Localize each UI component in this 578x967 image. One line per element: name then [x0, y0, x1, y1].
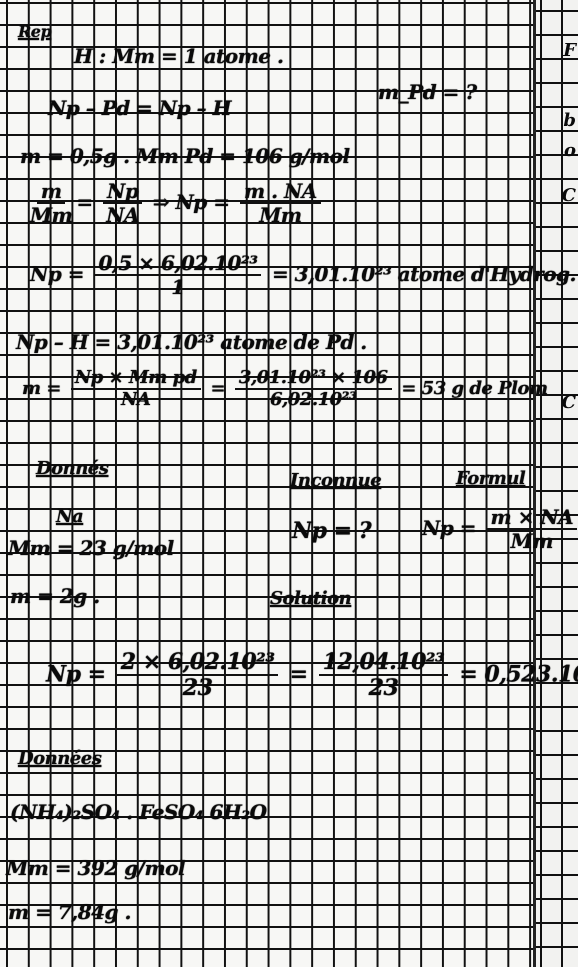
inconnue-header: Inconnue — [290, 470, 381, 491]
given-mass-and-molar-mass: m = 0,5g . Mm Pd = 106 g/mol — [20, 144, 350, 168]
fraction: 2 × 6,02.10²³23 — [117, 650, 279, 701]
formule-header: Formul — [456, 468, 525, 489]
adjacent-page-edge: F b o C C — [533, 0, 578, 967]
element-sodium: Na — [56, 506, 83, 527]
particle-formula: Np = m × NAMm — [422, 506, 578, 553]
edge-mark: C — [562, 392, 576, 413]
sodium-molar-mass: Mm = 23 g/mol — [8, 536, 174, 560]
equal-particles-statement: Np – Pd = Np – H — [48, 96, 231, 120]
fraction: m × NAMm — [486, 506, 577, 553]
compound-mass: m = 7,84g . — [8, 900, 131, 924]
pd-mass-calculation: m = Np × Mm pdNA = 3,01.10²³ × 1066,02.1… — [22, 368, 548, 410]
sodium-mass: m = 2g . — [10, 584, 100, 608]
edge-mark: C — [562, 185, 576, 206]
fraction: 3,01.10²³ × 1066,02.10²³ — [235, 368, 392, 410]
mole-relation-equation: mMm= NpNA ⇒ Np = m . NAMm — [26, 180, 325, 227]
answer-label: Rep — [18, 22, 51, 41]
sodium-particle-calculation: Np = 2 × 6,02.10²³23 = 12,04.10²³23 = 0,… — [46, 650, 578, 701]
hydrogen-statement: H : Mm = 1 atome . — [74, 44, 283, 68]
fraction: 0,5 × 6,02.10²³1 — [94, 252, 261, 299]
fraction-m-over-mm: mMm — [30, 180, 72, 227]
fraction-np-over-na: NpNA — [103, 180, 142, 227]
fraction: Np × Mm pdNA — [71, 368, 201, 410]
unknown-mass-pd: m_Pd = ? — [378, 80, 477, 104]
fraction: 12,04.10²³23 — [319, 650, 448, 701]
unknown-particle-count: Np = ? — [292, 518, 371, 544]
solution-header: Solution — [270, 588, 351, 609]
fraction-m-na-over-mm: m . NAMm — [240, 180, 321, 227]
compound-molar-mass: Mm = 392 g/mol — [6, 856, 185, 880]
edge-mark: F — [563, 40, 576, 61]
donnees-header-2: Données — [18, 748, 101, 769]
edge-mark: o — [564, 140, 576, 161]
pd-particle-count: Np – H = 3,01.10²³ atome de Pd . — [16, 330, 367, 354]
hydrogen-particle-calculation: Np = 0,5 × 6,02.10²³1 = 3,01.10²³ atome … — [30, 252, 576, 299]
compound-formula: (NH₄)₂SO₄ . FeSO₄ 6H₂O — [10, 800, 267, 824]
donnees-header: Donnés — [36, 458, 108, 479]
edge-mark: b — [563, 110, 576, 131]
